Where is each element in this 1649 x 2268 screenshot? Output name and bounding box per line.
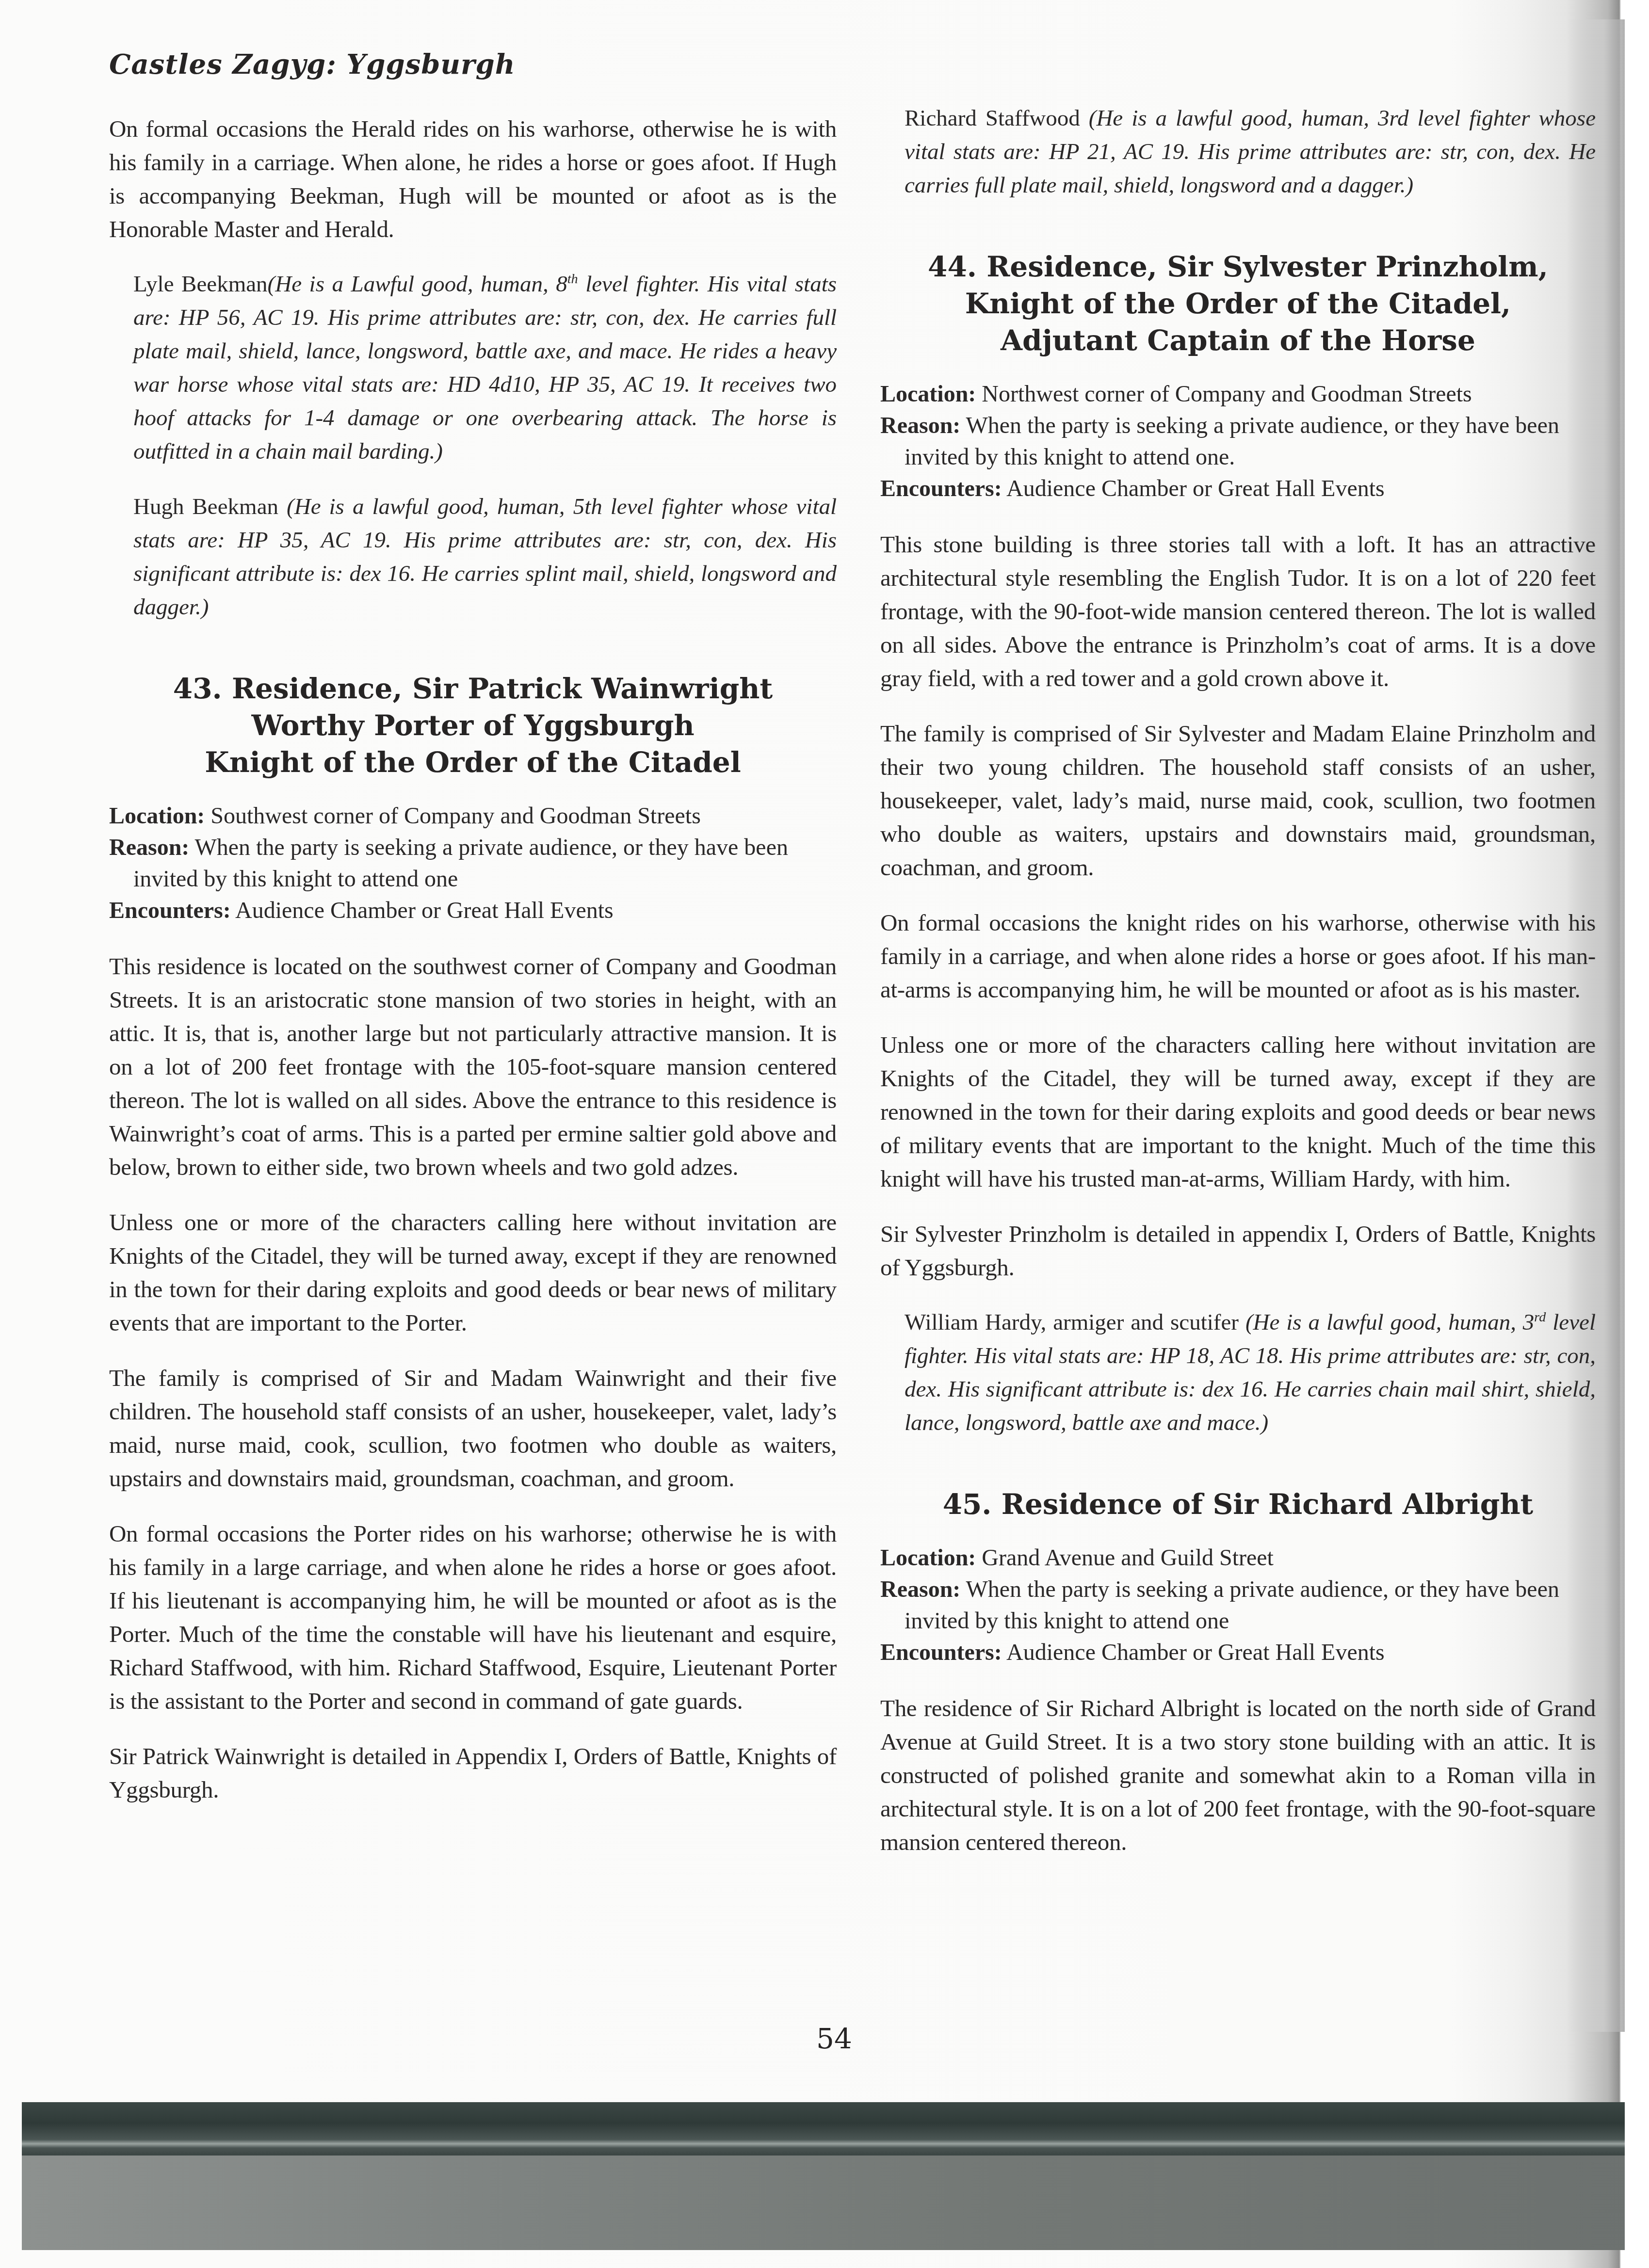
reason-value: When the party is seeking a private audi… — [133, 835, 788, 892]
heading-line: 43. Residence, Sir Patrick Wainwright — [109, 670, 837, 707]
reason-label: Reason: — [880, 413, 960, 438]
heading-line: Adjutant Captain of the Horse — [880, 322, 1596, 359]
location-value: Grand Avenue and Guild Street — [982, 1545, 1274, 1571]
reason-label: Reason: — [880, 1576, 960, 1602]
heading-line: 44. Residence, Sir Sylvester Prinzholm, — [880, 248, 1596, 285]
book-page: Castles Zagyg: Yggsburgh On formal occas… — [0, 0, 1649, 2268]
paragraph: On formal occasions the Porter rides on … — [109, 1517, 837, 1718]
location-value: Northwest corner of Company and Goodman … — [982, 381, 1471, 407]
stat-name: Hugh Beekman — [133, 494, 287, 519]
stat-block-richard-staffwood: Richard Staffwood (He is a lawful good, … — [905, 102, 1596, 202]
paragraph: The family is comprised of Sir Sylvester… — [880, 717, 1596, 884]
section-44-heading: 44. Residence, Sir Sylvester Prinzholm, … — [880, 248, 1596, 359]
stat-block-hugh-beekman: Hugh Beekman (He is a lawful good, human… — [133, 490, 837, 624]
location-value: Southwest corner of Company and Goodman … — [210, 803, 700, 829]
stat-name: William Hardy, armiger and scutifer — [905, 1310, 1245, 1335]
book-binding-edge — [22, 2102, 1634, 2155]
left-column: Castles Zagyg: Yggsburgh On formal occas… — [109, 48, 837, 1828]
heading-line: Knight of the Order of the Citadel — [109, 744, 837, 781]
reason-row: Reason: When the party is seeking a priv… — [880, 410, 1596, 473]
heading-line: 45. Residence of Sir Richard Albright — [880, 1486, 1596, 1523]
section-45-meta: Location: Grand Avenue and Guild Street … — [880, 1542, 1596, 1668]
section-43-heading: 43. Residence, Sir Patrick Wainwright Wo… — [109, 670, 837, 781]
paragraph: This stone building is three stories tal… — [880, 528, 1596, 695]
encounters-label: Encounters: — [109, 898, 231, 923]
stat-name: Richard Staffwood — [905, 106, 1089, 131]
encounters-value: Audience Chamber or Great Hall Events — [1006, 476, 1385, 501]
location-row: Location: Southwest corner of Company an… — [109, 800, 837, 832]
reason-value: When the party is seeking a private audi… — [905, 1576, 1559, 1634]
encounters-value: Audience Chamber or Great Hall Events — [1006, 1640, 1385, 1665]
paragraph: Sir Sylvester Prinzholm is detailed in a… — [880, 1217, 1596, 1284]
encounters-row: Encounters: Audience Chamber or Great Ha… — [880, 473, 1596, 504]
reason-value: When the party is seeking a private audi… — [905, 413, 1559, 470]
heading-line: Knight of the Order of the Citadel, — [880, 285, 1596, 322]
stat-text: level fighter. His vital stats are: HP 5… — [133, 272, 837, 464]
paragraph: This residence is located on the southwe… — [109, 949, 837, 1184]
running-head: Castles Zagyg: Yggsburgh — [109, 48, 837, 80]
encounters-value: Audience Chamber or Great Hall Events — [235, 898, 614, 923]
section-45-heading: 45. Residence of Sir Richard Albright — [880, 1486, 1596, 1523]
encounters-label: Encounters: — [880, 1640, 1002, 1665]
section-44-meta: Location: Northwest corner of Company an… — [880, 378, 1596, 504]
scanner-background — [22, 2155, 1649, 2250]
page-number: 54 — [805, 2022, 863, 2055]
encounters-row: Encounters: Audience Chamber or Great Ha… — [109, 895, 837, 926]
reason-row: Reason: When the party is seeking a priv… — [880, 1574, 1596, 1637]
reason-row: Reason: When the party is seeking a priv… — [109, 832, 837, 895]
ordinal-suffix: th — [567, 272, 578, 287]
stat-name: Lyle Beekman — [133, 272, 268, 297]
paragraph: Unless one or more of the characters cal… — [880, 1028, 1596, 1195]
encounters-label: Encounters: — [880, 476, 1002, 501]
encounters-row: Encounters: Audience Chamber or Great Ha… — [880, 1637, 1596, 1668]
paragraph: The family is comprised of Sir and Madam… — [109, 1361, 837, 1495]
location-label: Location: — [880, 381, 976, 407]
stat-block-william-hardy: William Hardy, armiger and scutifer (He … — [905, 1306, 1596, 1440]
location-row: Location: Northwest corner of Company an… — [880, 378, 1596, 410]
stat-text: (He is a Lawful good, human, 8 — [268, 272, 567, 297]
stat-block-lyle-beekman: Lyle Beekman(He is a Lawful good, human,… — [133, 268, 837, 468]
paragraph: On formal occasions the knight rides on … — [880, 906, 1596, 1006]
paragraph: The residence of Sir Richard Albright is… — [880, 1691, 1596, 1859]
scan-margin — [1625, 0, 1649, 2268]
paragraph: Unless one or more of the characters cal… — [109, 1206, 837, 1339]
heading-line: Worthy Porter of Yggsburgh — [109, 707, 837, 744]
paragraph: Sir Patrick Wainwright is detailed in Ap… — [109, 1739, 837, 1806]
location-label: Location: — [880, 1545, 976, 1571]
location-label: Location: — [109, 803, 205, 829]
right-column: Richard Staffwood (He is a lawful good, … — [880, 102, 1596, 1881]
stat-text: (He is a lawful good, human, 3 — [1245, 1310, 1534, 1335]
location-row: Location: Grand Avenue and Guild Street — [880, 1542, 1596, 1574]
section-43-meta: Location: Southwest corner of Company an… — [109, 800, 837, 926]
reason-label: Reason: — [109, 835, 189, 860]
herald-paragraph: On formal occasions the Herald rides on … — [109, 112, 837, 246]
ordinal-suffix: rd — [1534, 1310, 1546, 1325]
